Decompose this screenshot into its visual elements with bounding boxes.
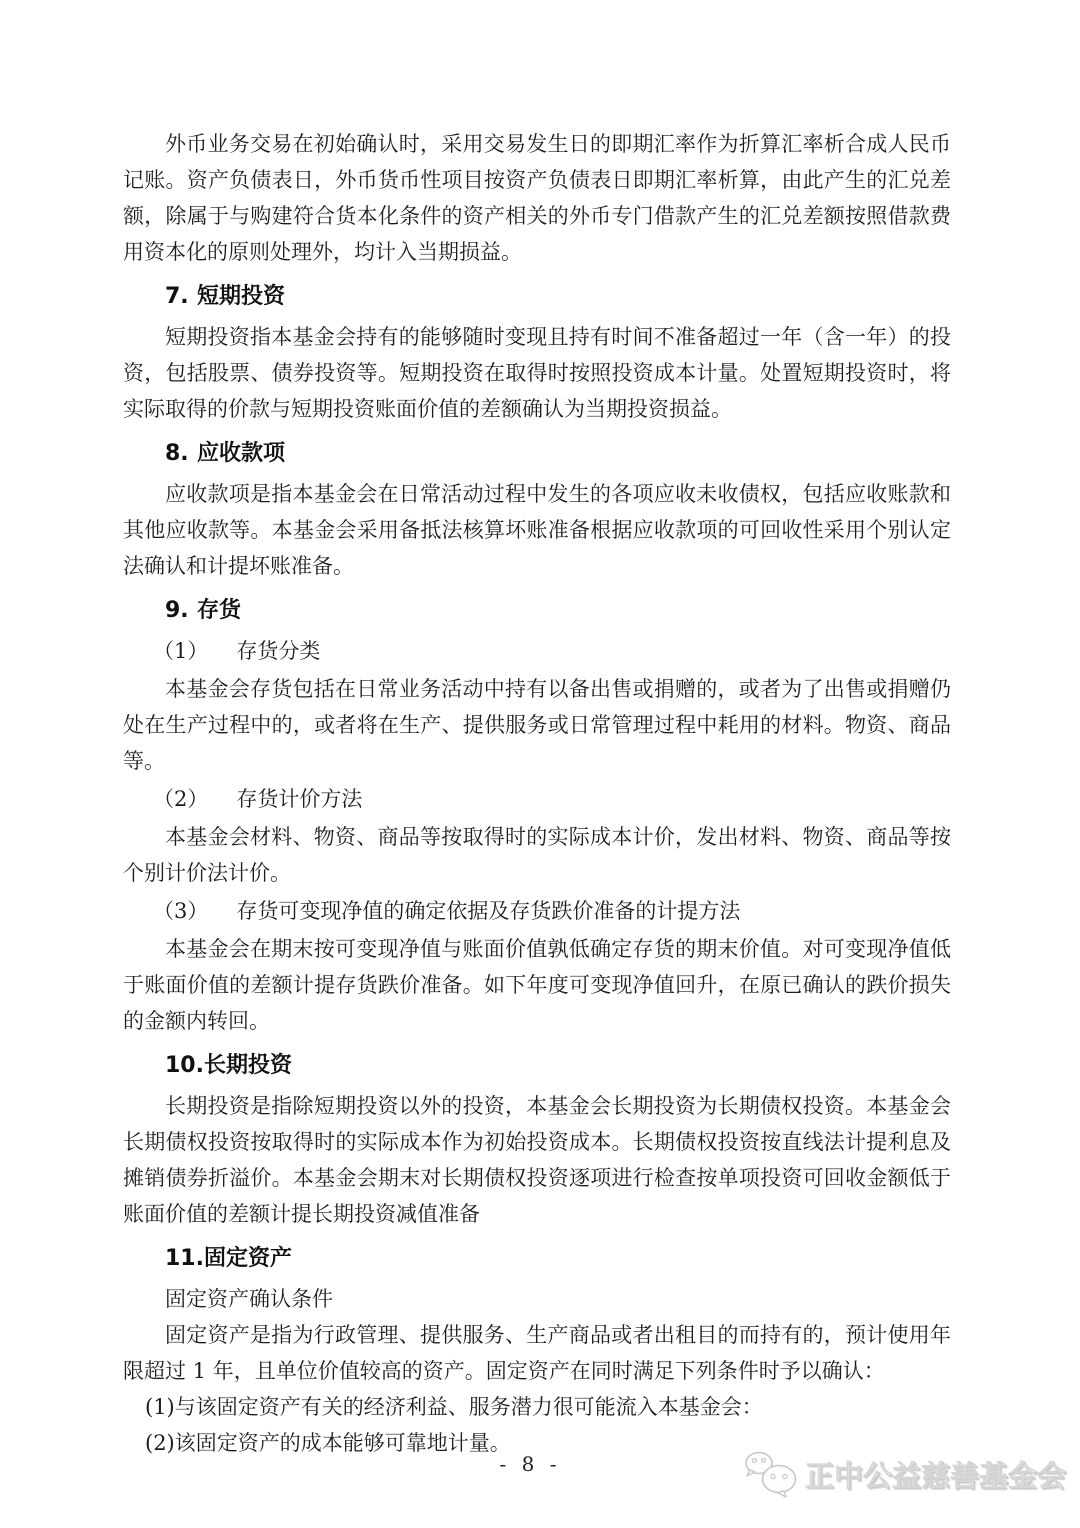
subsection-title: 存货分类 xyxy=(236,639,320,663)
subsection-label: （2） xyxy=(153,787,208,811)
section-heading-7: 7.短期投资 xyxy=(165,279,951,315)
section-title: 短期投资 xyxy=(197,284,285,309)
section-heading-8: 8.应收款项 xyxy=(165,436,951,472)
section-heading-10: 10.长期投资 xyxy=(165,1048,951,1084)
paragraph: 本基金会在期末按可变现净值与账面价值孰低确定存货的期末价值。对可变现净值低于账面… xyxy=(123,931,951,1039)
paragraph: 本基金会材料、物资、商品等按取得时的实际成本计价，发出材料、物资、商品等按个别计… xyxy=(123,819,951,891)
section-heading-11: 11.固定资产 xyxy=(165,1241,951,1277)
paragraph: 固定资产是指为行政管理、提供服务、生产商品或者出租目的而持有的，预计使用年限超过… xyxy=(123,1317,951,1389)
subsection-heading-3: （3）存货可变现净值的确定依据及存货跌价准备的计提方法 xyxy=(153,893,951,929)
section-title: 应收款项 xyxy=(197,441,285,466)
condition-item-1: (1)与该固定资产有关的经济利益、服务潜力很可能流入本基金会： xyxy=(145,1389,951,1425)
subsection-label: （3） xyxy=(153,899,208,923)
paragraph: 本基金会存货包括在日常业务活动中持有以备出售或捐赠的，或者为了出售或捐赠仍处在生… xyxy=(123,671,951,779)
section-number: 7. xyxy=(165,279,197,315)
page-number: - 8 - xyxy=(0,1452,1056,1476)
paragraph: 应收款项是指本基金会在日常活动过程中发生的各项应收未收债权，包括应收账款和其他应… xyxy=(123,476,951,584)
subsection-title: 存货可变现净值的确定依据及存货跌价准备的计提方法 xyxy=(236,899,740,923)
paragraph: 短期投资指本基金会持有的能够随时变现且持有时间不准备超过一年（含一年）的投资，包… xyxy=(123,319,951,427)
subsection-heading-1: （1）存货分类 xyxy=(153,633,951,669)
paragraph: 长期投资是指除短期投资以外的投资，本基金会长期投资为长期债权投资。本基金会长期债… xyxy=(123,1088,951,1232)
section-number: 9. xyxy=(165,593,197,629)
section-title: 长期投资 xyxy=(204,1053,292,1078)
section-title: 固定资产 xyxy=(204,1246,292,1271)
intro-paragraph: 外币业务交易在初始确认时，采用交易发生日的即期汇率作为折算汇率析合成人民币记账。… xyxy=(123,126,951,270)
section-number: 10. xyxy=(165,1048,204,1084)
section-title: 存货 xyxy=(197,598,241,623)
section-number: 8. xyxy=(165,436,197,472)
section-heading-9: 9.存货 xyxy=(165,593,951,629)
subsection-label: （1） xyxy=(153,639,208,663)
section-number: 11. xyxy=(165,1241,204,1277)
document-body: 外币业务交易在初始确认时，采用交易发生日的即期汇率作为折算汇率析合成人民币记账。… xyxy=(123,126,951,1461)
paragraph: 固定资产确认条件 xyxy=(123,1281,951,1317)
document-page: 外币业务交易在初始确认时，采用交易发生日的即期汇率作为折算汇率析合成人民币记账。… xyxy=(0,0,1080,1528)
subsection-heading-2: （2）存货计价方法 xyxy=(153,781,951,817)
subsection-title: 存货计价方法 xyxy=(236,787,362,811)
